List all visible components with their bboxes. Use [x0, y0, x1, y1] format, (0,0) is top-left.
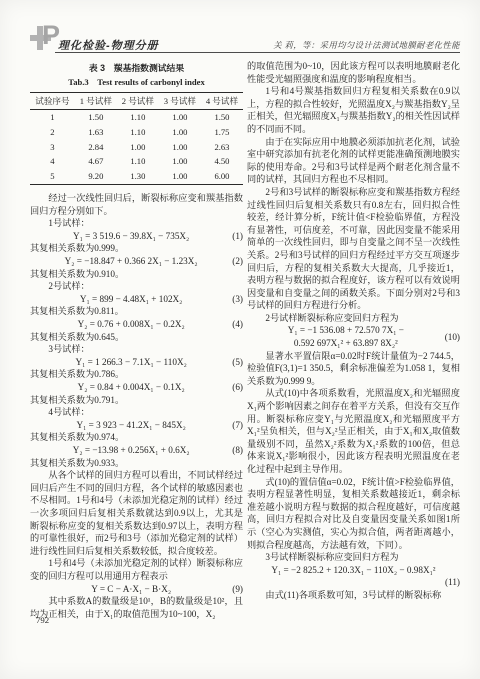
equation-body: Y₂ = −13.98 + 0.256X₁ + 0.6X₂: [30, 444, 232, 457]
paragraph: 其复相关系数为0.999。: [30, 242, 243, 255]
paragraph: 由于在实际应用中地膜必须添加抗老化剂，试验室中研究添加有抗老化剂的试样更能准确预…: [247, 136, 460, 186]
paragraph: 经过一次线性回归后，断裂标称应变和羰基指数回归方程分别如下。: [30, 192, 243, 217]
table-row: 2 1.63 1.10 1.00 1.75: [30, 125, 243, 140]
table-header-cell: 2 号试样: [117, 93, 159, 110]
table-cell: 1.00: [159, 110, 201, 125]
header-rule: [55, 52, 460, 53]
table-cell: 4.50: [201, 155, 243, 170]
paper-page: P 理化检验-物理分册 关 莉，等：采用均匀设计法测试地膜耐老化性能 表 3 羰…: [0, 0, 480, 679]
equation-line: 0.592 697X₁² + 63.897 8X₂²: [247, 337, 445, 350]
equation-label: 3号试样断裂标称应变回归方程为: [247, 551, 460, 564]
paragraph: 2号和3号试样的断裂标称应变和羰基指数方程经过线性回归后复相关系数只有0.8左右…: [247, 186, 460, 312]
paragraph: 其复相关系数为0.786。: [30, 368, 243, 381]
equation-8: Y₂ = −13.98 + 0.256X₁ + 0.6X₂ (8): [30, 444, 243, 457]
sample-label: 3号试样：: [30, 343, 243, 356]
paragraph: 从各个试样的回归方程可以看出，不同试样经过回归后产生不同的回归方程，各个试样的敏…: [30, 469, 243, 557]
table-cell: 1.50: [201, 110, 243, 125]
table-cell: 1.00: [159, 140, 201, 155]
paragraph: 显著水平置信限α=0.02时F统计量值为−2 744.5，检验值F(3,1)=1…: [247, 350, 460, 388]
equation-number: (6): [232, 381, 243, 394]
table-header-row: 试验序号 1 号试样 2 号试样 3 号试样 4 号试样: [30, 93, 243, 110]
table-cell: 1.00: [159, 155, 201, 170]
table-cell: 1.75: [201, 125, 243, 140]
equation-10: Y₁ = −1 536.08 + 72.570 7X₁ − 0.592 697X…: [247, 324, 460, 349]
paragraph: 从式(10)中各项系数看，光照温度X₂和光辐照度X₁两个影响因素之间存在着平方关…: [247, 387, 460, 475]
carbonyl-index-table: 试验序号 1 号试样 2 号试样 3 号试样 4 号试样 1 1.50 1.10…: [30, 92, 243, 185]
table-cell: 2.84: [75, 140, 117, 155]
paragraph: 其复相关系数为0.910。: [30, 268, 243, 281]
table-cell: 2: [30, 125, 75, 140]
equation-body: Y₁ = 3 519.6 − 39.8X₁ − 735X₂: [30, 230, 232, 243]
equation-1: Y₁ = 3 519.6 − 39.8X₁ − 735X₂ (1): [30, 230, 243, 243]
equation-number: (4): [232, 318, 243, 331]
paragraph: 1号和4号羰基指数回归方程复相关系数在0.9以上，方程的拟合性较好，光照温度X₂…: [247, 85, 460, 135]
paragraph: 式(10)的置信值α=0.02，F统计值>F检验临界值，表明方程显著性明显，复相…: [247, 476, 460, 552]
table-cell: 4: [30, 155, 75, 170]
equation-body: Y₂ = 0.84 + 0.004X₁ − 0.1X₂: [30, 381, 232, 394]
sample-label: 2号试样：: [30, 280, 243, 293]
equation-body: Y₁ = −1 536.08 + 72.570 7X₁ − 0.592 697X…: [247, 324, 445, 349]
table-header-cell: 1 号试样: [75, 93, 117, 110]
sample-label: 4号试样：: [30, 406, 243, 419]
table-row: 5 9.20 1.30 1.00 6.00: [30, 169, 243, 184]
equation-number: (9): [232, 583, 243, 596]
journal-name: 理化检验-物理分册: [58, 37, 159, 53]
table-cell: 4.67: [75, 155, 117, 170]
equation-5: Y₁ = 1 266.3 − 7.1X₁ − 110X₂ (5): [30, 356, 243, 369]
paragraph: 其复相关系数为0.791。: [30, 394, 243, 407]
paragraph: 的取值范围为0~10，因此该方程可以表明地膜耐老化性能受光辐照强度和温度的影响程…: [247, 60, 460, 85]
table-cell: 1.30: [117, 169, 159, 184]
paragraph: 其复相关系数为0.811。: [30, 305, 243, 318]
equation-number: (3): [232, 293, 243, 306]
table-caption-zh: 表 3 羰基指数测试结果: [30, 62, 243, 75]
equation-number: (2): [232, 255, 243, 268]
equation-number: (11): [247, 576, 460, 589]
equation-number: (1): [232, 230, 243, 243]
equation-4: Y₂ = 0.76 + 0.008X₁ − 0.2X₂ (4): [30, 318, 243, 331]
equation-3: Y₁ = 899 − 4.48X₁ + 102X₂ (3): [30, 293, 243, 306]
equation-number: (8): [232, 444, 243, 457]
equation-number: (10): [445, 331, 460, 344]
table-row: 4 4.67 1.10 1.00 4.50: [30, 155, 243, 170]
table-cell: 2.63: [201, 140, 243, 155]
table-cell: 1.00: [117, 140, 159, 155]
equation-number: (7): [232, 419, 243, 432]
table-header-cell: 4 号试样: [201, 93, 243, 110]
equation-2: Y₂ = −18.847 + 0.366 2X₁ − 1.23X₂ (2): [30, 255, 243, 268]
equation-body: Y₁ = 899 − 4.48X₁ + 102X₂: [30, 293, 232, 306]
paragraph: 其复相关系数为0.645。: [30, 331, 243, 344]
paragraph: 其中系数A的数量级是10¹，B的数量级是10²，且均为正相关，由于X₁的取值范围…: [30, 595, 243, 620]
table-cell: 1: [30, 110, 75, 125]
table-cell: 9.20: [75, 169, 117, 184]
equation-body: Y₁ = −2 825.2 + 120.3X₁ − 110X₂ − 0.98X₁…: [247, 564, 460, 577]
equation-body: Y₂ = 0.76 + 0.008X₁ − 0.2X₂: [30, 318, 232, 331]
table-header-cell: 3 号试样: [159, 93, 201, 110]
two-column-body: 表 3 羰基指数测试结果 Tab.3 Test results of carbo…: [30, 60, 460, 620]
paragraph: 1号和4号（未添加光稳定剂的试样）断裂标称应变的回归方程可以用通用方程表示: [30, 557, 243, 582]
equation-body: Y₂ = −18.847 + 0.366 2X₁ − 1.23X₂: [30, 255, 232, 268]
equation-number: (5): [232, 356, 243, 369]
paragraph: 由式(11)各项系数可知，3号试样的断裂标称: [247, 589, 460, 602]
table-cell: 1.10: [117, 110, 159, 125]
table-row: 3 2.84 1.00 1.00 2.63: [30, 140, 243, 155]
equation-9: Y = C − A·X₁ − B·X₂ (9): [30, 583, 243, 596]
table-cell: 1.10: [117, 155, 159, 170]
equation-label: 2号试样断裂标称应变回归方程为: [247, 312, 460, 325]
paragraph: 其复相关系数为0.933。: [30, 457, 243, 470]
table-cell: 1.00: [159, 169, 201, 184]
equation-body: Y = C − A·X₁ − B·X₂: [30, 583, 232, 596]
page-number: 792: [36, 615, 49, 625]
table-cell: 1.00: [159, 125, 201, 140]
paragraph: 其复相关系数为0.974。: [30, 431, 243, 444]
table-row: 1 1.50 1.10 1.00 1.50: [30, 110, 243, 125]
table-cell: 5: [30, 169, 75, 184]
left-column: 表 3 羰基指数测试结果 Tab.3 Test results of carbo…: [30, 60, 243, 620]
table-cell: 1.10: [117, 125, 159, 140]
sample-label: 1号试样：: [30, 217, 243, 230]
equation-line: Y₁ = −1 536.08 + 72.570 7X₁ −: [247, 324, 445, 337]
table-cell: 1.63: [75, 125, 117, 140]
table-cell: 6.00: [201, 169, 243, 184]
table-caption-en: Tab.3 Test results of carbonyl index: [30, 76, 243, 89]
table-header-cell: 试验序号: [30, 93, 75, 110]
equation-6: Y₂ = 0.84 + 0.004X₁ − 0.1X₂ (6): [30, 381, 243, 394]
equation-7: Y₁ = 3 923 − 41.2X₁ − 845X₂ (7): [30, 419, 243, 432]
equation-body: Y₁ = 3 923 − 41.2X₁ − 845X₂: [30, 419, 232, 432]
table-cell: 3: [30, 140, 75, 155]
equation-11: Y₁ = −2 825.2 + 120.3X₁ − 110X₂ − 0.98X₁…: [247, 564, 460, 589]
running-title: 关 莉，等：采用均匀设计法测试地膜耐老化性能: [273, 39, 460, 51]
right-column: 的取值范围为0~10，因此该方程可以表明地膜耐老化性能受光辐照强度和温度的影响程…: [247, 60, 460, 620]
equation-body: Y₁ = 1 266.3 − 7.1X₁ − 110X₂: [30, 356, 232, 369]
table-cell: 1.50: [75, 110, 117, 125]
